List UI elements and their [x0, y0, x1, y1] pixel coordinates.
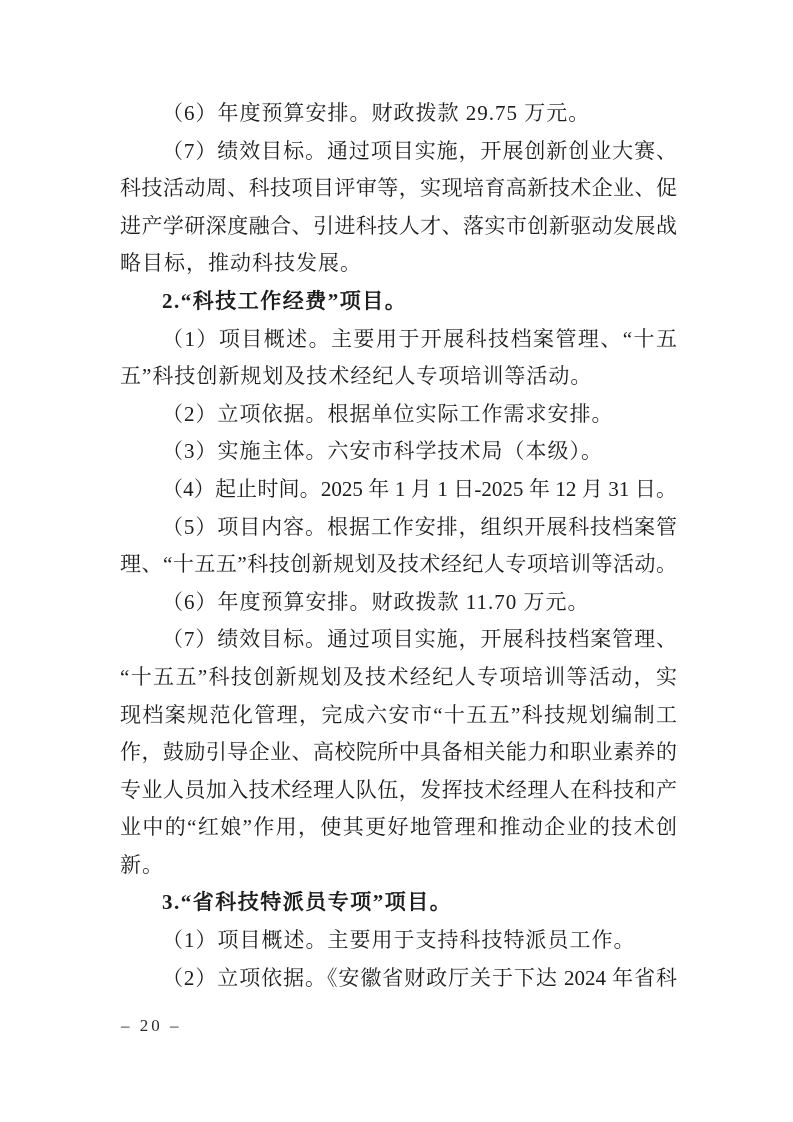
page-number: – 20 –: [121, 1014, 182, 1038]
text-line: （7）绩效目标。通过项目实施，开展科技档案管理、: [120, 621, 677, 659]
text-line: 专业人员加入技术经理人队伍，发挥技术经理人在科技和产: [120, 772, 677, 810]
text-line: 现档案规范化管理，完成六安市“十五五”科技规划编制工: [120, 697, 677, 735]
text-line: 作，鼓励引导企业、高校院所中具备相关能力和职业素养的: [120, 734, 677, 772]
text-line: 五”科技创新规划及技术经纪人专项培训等活动。: [120, 358, 677, 396]
document-body: （6）年度预算安排。财政拨款 29.75 万元。 （7）绩效目标。通过项目实施，…: [120, 95, 677, 997]
text-line: （6）年度预算安排。财政拨款 29.75 万元。: [120, 95, 677, 133]
document-page: （6）年度预算安排。财政拨款 29.75 万元。 （7）绩效目标。通过项目实施，…: [0, 0, 793, 1122]
text-line: （1）项目概述。主要用于开展科技档案管理、“十五: [120, 321, 677, 359]
text-line: （1）项目概述。主要用于支持科技特派员工作。: [120, 922, 677, 960]
text-line: 业中的“红娘”作用，使其更好地管理和推动企业的技术创: [120, 809, 677, 847]
text-line: （4）起止时间。2025 年 1 月 1 日-2025 年 12 月 31 日。: [120, 471, 677, 509]
text-line: （5）项目内容。根据工作安排，组织开展科技档案管: [120, 509, 677, 547]
text-line: 新。: [120, 847, 677, 885]
section-heading: 3.“省科技特派员专项”项目。: [120, 884, 677, 922]
text-line: 进产学研深度融合、引进科技人才、落实市创新驱动发展战: [120, 208, 677, 246]
text-line: 略目标，推动科技发展。: [120, 245, 677, 283]
text-line: 科技活动周、科技项目评审等，实现培育高新技术企业、促: [120, 170, 677, 208]
text-line: （2）立项依据。根据单位实际工作需求安排。: [120, 396, 677, 434]
text-line: 理、“十五五”科技创新规划及技术经纪人专项培训等活动。: [120, 546, 677, 584]
text-line: “十五五”科技创新规划及技术经纪人专项培训等活动，实: [120, 659, 677, 697]
text-line: （7）绩效目标。通过项目实施，开展创新创业大赛、: [120, 133, 677, 171]
text-line: （3）实施主体。六安市科学技术局（本级）。: [120, 433, 677, 471]
section-heading: 2.“科技工作经费”项目。: [120, 283, 677, 321]
text-line: （6）年度预算安排。财政拨款 11.70 万元。: [120, 584, 677, 622]
text-line: （2）立项依据。《安徽省财政厅关于下达 2024 年省科: [120, 960, 677, 998]
